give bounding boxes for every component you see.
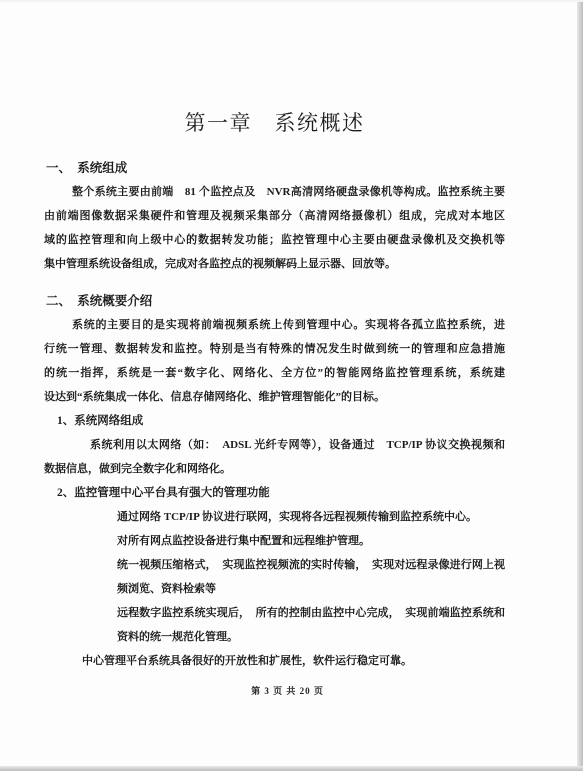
page-edge-shadow-bottom — [0, 766, 583, 771]
text-line: 的统一指挥，系统是一套“数字化、网络化、全方位”的智能网络监控管理系统，系统建 — [44, 361, 505, 385]
text-line: 系统的主要目的是实现将前端视频系统上传到管理中心。实现将各孤立监控系统，进 — [72, 313, 505, 337]
document-body: 第一章 系统概述 一、 系统组成整个系统主要由前端 81 个监控点及 NVR高清… — [44, 2, 505, 673]
text-line: 对所有网点监控设备进行集中配置和远程维护管理。 — [117, 529, 505, 553]
text-line: 2、监控管理中心平台具有强大的管理功能 — [57, 481, 505, 505]
text-line: 设达到“系统集成一体化、信息存储网络化、维护管理智能化”的目标。 — [44, 385, 505, 409]
page-footer: 第 3 页 共 20 页 — [0, 684, 575, 697]
text-line: 域的监控管理和向上级中心的数据转发功能；监控管理中心主要由硬盘录像机及交换机等 — [44, 228, 505, 252]
text-line: 远程数字监控系统实现后， 所有的控制由监控中心完成， 实现前端监控系统和 — [117, 601, 505, 625]
text-line: 统一视频压缩格式， 实现监控视频流的实时传输， 实现对远程录像进行网上视 — [117, 553, 505, 577]
chapter-title: 第一章 系统概述 — [44, 104, 505, 142]
text-line: 整个系统主要由前端 81 个监控点及 NVR高清网络硬盘录像机等构成。监控系统主… — [72, 180, 505, 204]
text-line: 数据信息，做到完全数字化和网络化。 — [44, 457, 505, 481]
text-line: 资料的统一规范化管理。 — [117, 625, 505, 649]
text-line: 行统一管理、数据转发和监控。特别是当有特殊的情况发生时做到统一的管理和应急措施 — [44, 337, 505, 361]
text-line: 一、 系统组成 — [46, 156, 505, 180]
text-line: 二、 系统概要介绍 — [46, 289, 505, 313]
text-line: 集中管理系统设备组成，完成对各监控点的视频解码上显示器、回放等。 — [44, 252, 505, 276]
text-line: 1、系统网络组成 — [57, 409, 505, 433]
text-line: 通过网络 TCP/IP 协议进行联网，实现将各远程视频传输到监控系统中心。 — [117, 505, 505, 529]
text-line: 频浏览、资料检索等 — [117, 577, 505, 601]
page-edge-shadow-right — [577, 2, 583, 771]
text-lines-container: 一、 系统组成整个系统主要由前端 81 个监控点及 NVR高清网络硬盘录像机等构… — [44, 156, 505, 673]
document-page: 第一章 系统概述 一、 系统组成整个系统主要由前端 81 个监控点及 NVR高清… — [0, 0, 583, 771]
text-line: 中心管理平台系统具备很好的开放性和扩展性，软件运行稳定可靠。 — [82, 649, 505, 673]
text-line: 由前端图像数据采集硬件和管理及视频采集部分（高清网络摄像机）组成，完成对本地区 — [44, 204, 505, 228]
text-line: 系统利用以太网络（如： ADSL 光纤专网等），设备通过 TCP/IP 协议交换… — [90, 433, 505, 457]
